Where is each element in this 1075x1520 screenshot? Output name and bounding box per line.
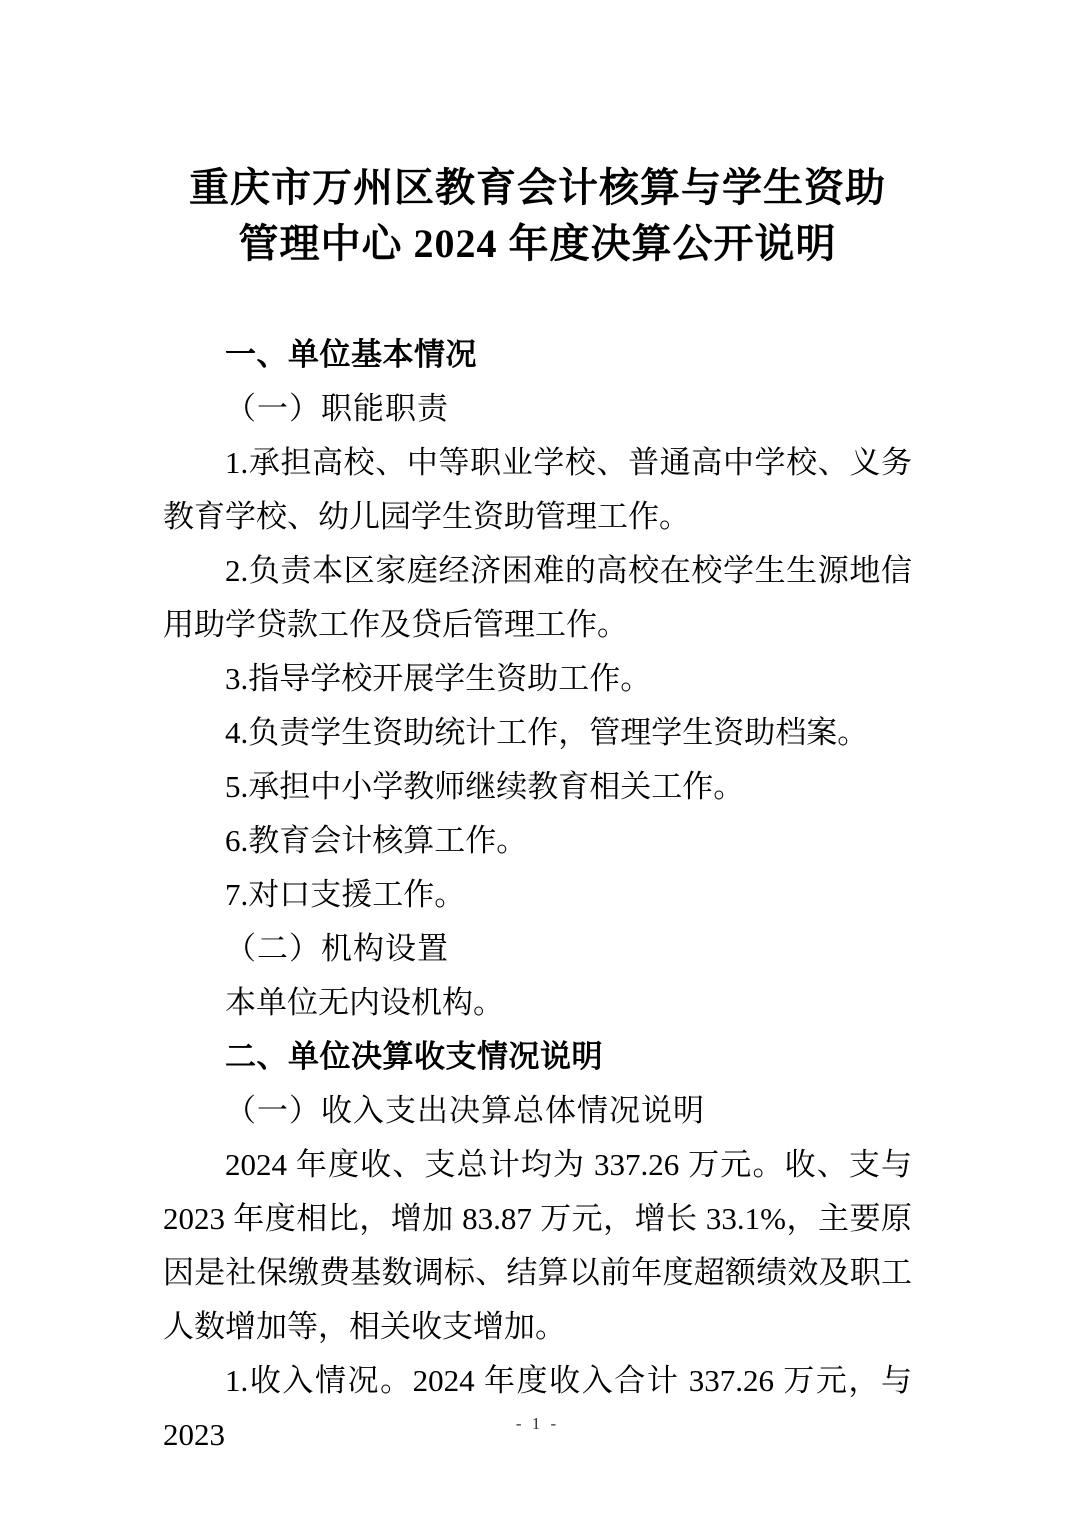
document-title: 重庆市万州区教育会计核算与学生资助 管理中心 2024 年度决算公开说明 (0, 27, 1075, 272)
body-paragraph: 1.承担高校、中等职业学校、普通高中学校、义务教育学校、幼儿园学生资助管理工作。 (163, 436, 912, 544)
body-paragraph: 1.收入情况。2024 年度收入合计 337.26 万元，与 2023 (163, 1354, 912, 1462)
section-heading: 二、单位决算收支情况说明 (163, 1030, 912, 1084)
body-paragraph: 5.承担中小学教师继续教育相关工作。 (163, 760, 912, 814)
subsection-heading: （二）机构设置 (163, 922, 912, 976)
subsection-heading: （一）职能职责 (163, 382, 912, 436)
body-paragraph: 2024 年度收、支总计均为 337.26 万元。收、支与 2023 年度相比，… (163, 1138, 912, 1354)
subsection-heading: （一）收入支出决算总体情况说明 (163, 1084, 912, 1138)
section-heading: 一、单位基本情况 (163, 328, 912, 382)
body-paragraph: 4.负责学生资助统计工作，管理学生资助档案。 (163, 706, 912, 760)
document-page: 重庆市万州区教育会计核算与学生资助 管理中心 2024 年度决算公开说明 一、单… (0, 0, 1075, 1520)
page-number: - 1 - (0, 1414, 1075, 1434)
body-paragraph: 2.负责本区家庭经济困难的高校在校学生生源地信用助学贷款工作及贷后管理工作。 (163, 544, 912, 652)
document-title-line-2: 管理中心 2024 年度决算公开说明 (0, 216, 1075, 272)
body-paragraph: 7.对口支援工作。 (163, 868, 912, 922)
document-body: 一、单位基本情况（一）职能职责1.承担高校、中等职业学校、普通高中学校、义务教育… (163, 328, 912, 1462)
body-paragraph: 本单位无内设机构。 (163, 976, 912, 1030)
document-title-line-1: 重庆市万州区教育会计核算与学生资助 (0, 160, 1075, 216)
body-paragraph: 3.指导学校开展学生资助工作。 (163, 652, 912, 706)
body-paragraph: 6.教育会计核算工作。 (163, 814, 912, 868)
